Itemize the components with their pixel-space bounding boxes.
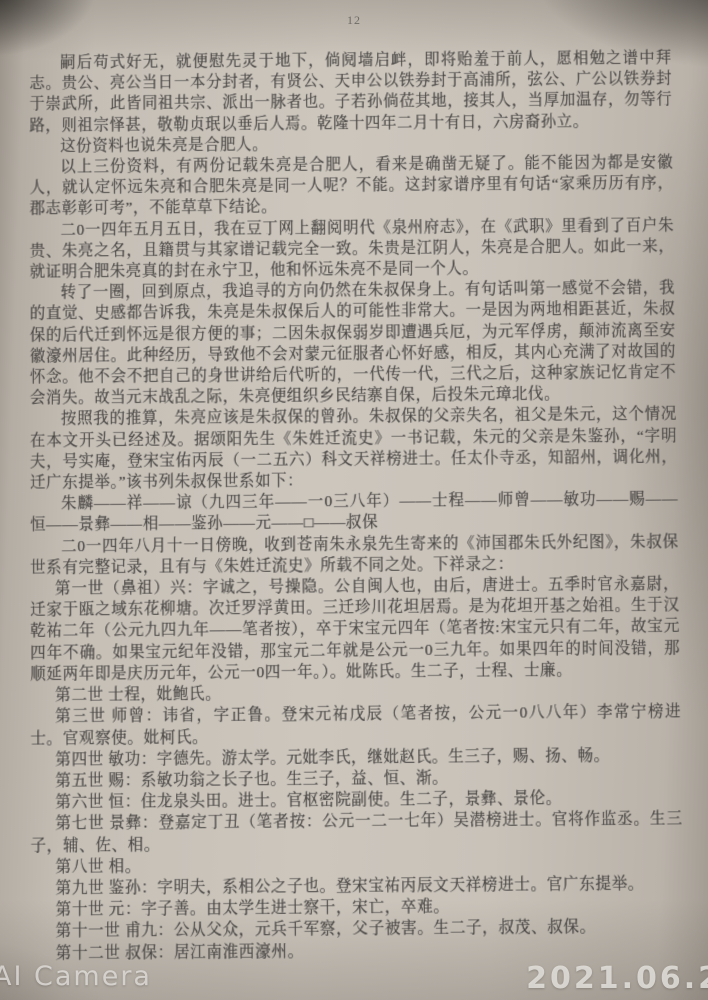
camera-watermark: AI Camera: [0, 961, 152, 992]
paragraph: 以上三份资料，有两份记载朱亮是合肥人，看来是确凿无疑了。能不能因为都是安徽人，就…: [30, 152, 674, 220]
date-watermark: 2021.06.2: [526, 961, 708, 996]
photographed-document-page: 12 嗣后苟式好无，就便慰先灵于地下，倘阋墙启衅，即将贻羞于前人，愿相勉之谱中拜…: [0, 0, 708, 1000]
generation-entry-1: 第一世（鼻祖）兴：字诚之，号操隐。公自闽人也，由后，唐进士。五季时官永嘉尉，迁家…: [30, 574, 680, 686]
paragraph: 转了一圈，回到原点，我追寻的方向仍然在朱叔保身上。有句话叫第一感觉不会错，我的直…: [30, 278, 677, 409]
document-body: 嗣后苟式好无，就便慰先灵于地下，倘阋墙启衅，即将贻羞于前人，愿相勉之谱中拜志。贵…: [29, 48, 684, 965]
generation-entry-3: 第三世 师曾：讳省，字正鲁。登宋元祐戊辰（笔者按，公元一0八八年）李常宁榜进士。…: [30, 701, 681, 749]
paragraph: 二0一四年八月十一日傍晚，收到苍南朱永泉先生寄来的《沛国郡朱氏外纪图》，朱叔保世…: [30, 531, 679, 579]
paragraph: 二0一四年五月五日，我在豆丁网上翻阅明代《泉州府志》，在《武职》里看到了百户朱贵…: [30, 215, 675, 283]
page-number: 12: [0, 13, 708, 28]
paragraph-preface: 嗣后苟式好无，就便慰先灵于地下，倘阋墙启衅，即将贻羞于前人，愿相勉之谱中拜志。贵…: [29, 48, 672, 136]
genealogy-lineage-line: 朱麟——祥——谅（九四三年——一0三八年）——士程——师曾——敏功——赐——恒—…: [30, 489, 678, 536]
paragraph: 按照我的推算，朱亮应该是朱叔保的曾孙。朱叔保的父亲失名，祖父是朱元，这个情况在本…: [30, 404, 678, 494]
generation-entry-7: 第七世 景彝：登嘉定丁丑（笔者按：公元一二一七年）吴潜榜进士。官将作监丞。生三子…: [30, 809, 683, 857]
